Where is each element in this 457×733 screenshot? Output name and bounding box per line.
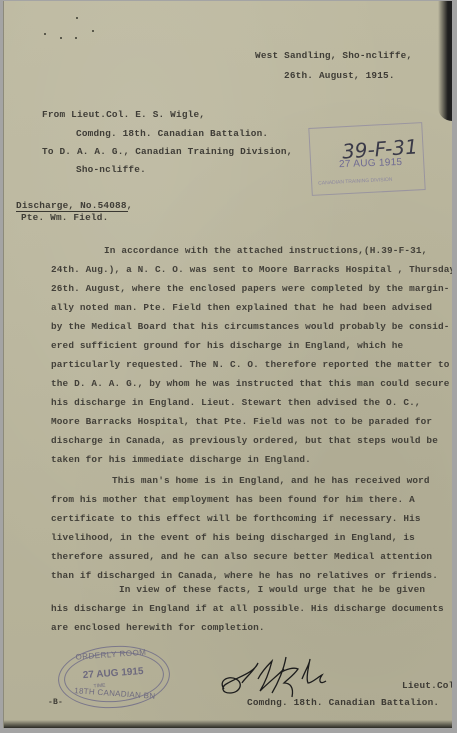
- body-line: This man's home is in England, and he ha…: [112, 476, 430, 485]
- body-line: by the Medical Board that his circumstan…: [51, 322, 450, 331]
- body-line: certificate to this effect will be forth…: [51, 514, 421, 523]
- body-line: Moore Barracks Hospital, that Pte. Field…: [51, 417, 432, 426]
- subject-line-2: Pte. Wm. Field.: [21, 213, 108, 222]
- document-viewer: West Sandling, Sho-ncliffe, 26th. August…: [0, 0, 457, 733]
- from-line: From Lieut.Col. E. S. Wigle,: [42, 110, 205, 119]
- body-line: ered sufficient ground for his discharge…: [51, 341, 403, 350]
- to-location: Sho-ncliffe.: [76, 165, 146, 174]
- received-stamp-date: 27 AUG 1915: [339, 157, 403, 170]
- body-line: particularly requested. The N. C. O. the…: [51, 360, 450, 369]
- letter-location: West Sandling, Sho-ncliffe,: [255, 51, 412, 60]
- page-corner-shadow: [438, 1, 452, 121]
- letter-date: 26th. August, 1915.: [284, 71, 395, 80]
- body-line: than if discharged in Canada, where he h…: [51, 571, 438, 580]
- signatory-rank: Lieut.Col.: [402, 681, 452, 690]
- body-line: from his mother that employment has been…: [51, 495, 415, 504]
- page-marker: -B-: [48, 699, 63, 707]
- paper-speck: [44, 33, 46, 35]
- body-line: his discharge in England. Lieut. Stewart…: [51, 398, 421, 407]
- signatory-title: Comdng. 18th. Canadian Battalion.: [247, 698, 439, 707]
- body-line: 24th. Aug.), a N. C. O. was sent to Moor…: [51, 265, 452, 274]
- body-line: In accordance with the attached instruct…: [104, 246, 427, 255]
- from-title: Comdng. 18th. Canadian Battalion.: [76, 129, 268, 138]
- body-line: the D. A. A. G., by whom he was instruct…: [51, 379, 450, 388]
- body-line: therefore assured, and he can also secur…: [51, 552, 432, 561]
- body-line: In view of these facts, I would urge tha…: [119, 585, 425, 594]
- paper-speck: [60, 37, 62, 39]
- body-line: are enclosed herewith for completion.: [51, 623, 265, 632]
- body-line: discharge in Canada, as previously order…: [51, 436, 438, 445]
- to-line: To D. A. A. G., Canadian Training Divisi…: [42, 147, 293, 156]
- subject-line-1: Discharge, No.54088,: [16, 201, 133, 210]
- paper-speck: [76, 17, 78, 19]
- paper-speck: [92, 30, 94, 32]
- body-line: his discharge in England if at all possi…: [51, 604, 444, 613]
- scanned-letter-page: West Sandling, Sho-ncliffe, 26th. August…: [3, 1, 452, 728]
- received-stamp-footer: CANADIAN TRAINING DIVISION: [318, 177, 393, 187]
- page-bottom-shadow: [4, 720, 452, 728]
- body-line: taken for his immediate discharge in Eng…: [51, 455, 311, 464]
- orderly-room-stamp: ORDERLY ROOM 27 AUG 1915 TIME 18TH CANAD…: [56, 642, 172, 712]
- body-line: 26th. August, where the enclosed papers …: [51, 284, 450, 293]
- body-line: ally noted man. Pte. Field then explaine…: [51, 303, 432, 312]
- body-line: livelihood, in the event of his being di…: [51, 533, 415, 542]
- paper-speck: [75, 37, 77, 39]
